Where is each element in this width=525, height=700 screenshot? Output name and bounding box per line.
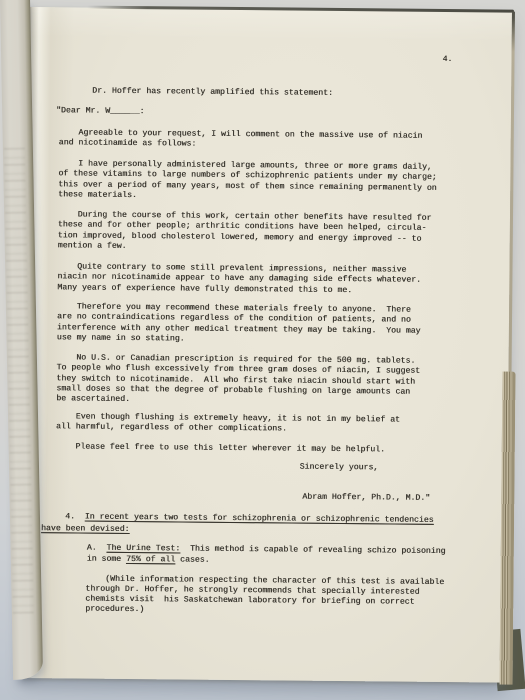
urine-test-percentage: 75% of all <box>126 554 175 563</box>
urine-test-text-prefix: in some <box>87 554 126 563</box>
letter-paragraph-7: Even though flushing is extremely heavy,… <box>56 412 400 436</box>
letter-signature: Abram Hoffer, Ph.D., M.D." <box>302 493 430 505</box>
section-4-heading-line-2: have been devised: <box>41 524 130 535</box>
letter-paragraph-2: I have personally administered large amo… <box>58 159 437 204</box>
page-right-edge <box>509 12 515 374</box>
urine-test-item-line-2: in some 75% of all cases. <box>87 554 210 565</box>
urine-test-text-suffix: cases. <box>175 555 209 564</box>
section-4-heading-text: In recent years two tests for schizophre… <box>85 513 434 525</box>
letter-paragraph-8: Please feel free to use this letter wher… <box>56 442 385 455</box>
document-page: 4. Dr. Hoffer has recently amplified thi… <box>23 7 512 683</box>
letter-paragraph-6: No U.S. or Canadian prescription is requ… <box>56 353 420 408</box>
letter-paragraph-3: During the course of this work, certain … <box>58 210 432 255</box>
parenthetical-note: (While information respecting the charac… <box>85 574 444 619</box>
letter-paragraph-1: Agreeable to your request, I will commen… <box>59 128 423 152</box>
book-cover-top-edge <box>87 5 514 12</box>
section-4-heading-text-continued: have been devised: <box>41 524 130 534</box>
letter-paragraph-4: Quite contrary to some still prevalent i… <box>57 262 421 296</box>
urine-test-title: The Urine Test: <box>106 544 180 554</box>
intro-line: Dr. Hoffer has recently amplified this s… <box>92 87 333 100</box>
page-number: 4. <box>442 55 452 65</box>
item-a-label: A. <box>87 544 107 553</box>
text-line: Please feel free to use this letter wher… <box>56 442 385 455</box>
section-4-number: 4. <box>65 512 85 521</box>
letter-closing: Sincerely yours, <box>300 463 379 474</box>
letter-paragraph-5: Therefore you may recommend these materi… <box>57 302 421 347</box>
salutation: "Dear Mr. W______: <box>56 106 145 117</box>
book-photograph: 4. Dr. Hoffer has recently amplified thi… <box>0 0 525 700</box>
urine-test-text: This method is capable of revealing schi… <box>180 544 445 556</box>
